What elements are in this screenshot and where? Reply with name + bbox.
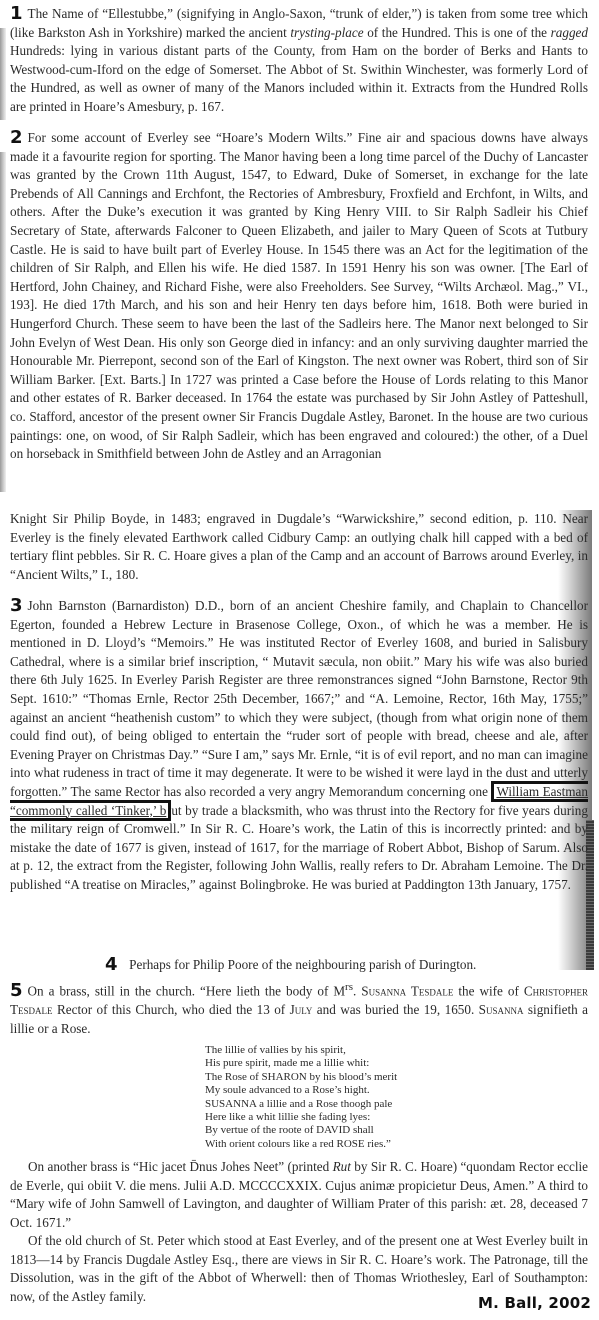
footnote-text: Hundreds: lying in various distant parts…: [10, 43, 588, 114]
small-caps-name: Susanna Tesdale: [361, 983, 453, 998]
footnote-number: 5: [10, 980, 23, 1001]
footnote-italic: ragged: [551, 25, 588, 40]
footnote-2-continuation: Knight Sir Philip Boyde, in 1483; engrav…: [10, 510, 588, 584]
footnote-number: 3: [10, 595, 23, 616]
small-caps-month: July: [290, 1002, 313, 1017]
footnote-text: Rector of this Church, who died the 13 o…: [53, 1002, 290, 1017]
footnote-number: 4: [105, 954, 118, 975]
poem-line: My soule advanced to a Rose’s hight.: [205, 1084, 397, 1097]
scan-edge-left: [0, 152, 6, 492]
footnote-text: of the Hundred. This is one of the: [364, 25, 551, 40]
footnote-text: For some account of Everley see “Hoare’s…: [10, 130, 588, 461]
footnote-1: 1The Name of “Ellestubbe,” (signifying i…: [10, 4, 588, 117]
paragraph-text: On another brass is “Hic jacet D̄nus Joh…: [28, 1159, 333, 1174]
poem-line: The lillie of vallies by his spirit,: [205, 1044, 397, 1057]
superscript: rs: [345, 981, 353, 993]
poem-line: His pure spirit, made me a lillie whit:: [205, 1057, 397, 1070]
footnote-2: 2For some account of Everley see “Hoare’…: [10, 128, 588, 464]
footnote-5: 5On a brass, still in the church. “Here …: [10, 978, 588, 1038]
footnote-text: the wife of: [453, 983, 523, 998]
footnote-number: 1: [10, 3, 23, 24]
poem-line: With orient colours like a red ROSE ries…: [205, 1138, 397, 1151]
poem-line: Here like a whit lillie she fading lyes:: [205, 1111, 397, 1124]
footnote-text: and was buried the 19, 1650.: [312, 1002, 478, 1017]
poem-line: SUSANNA a lillie and a Rose thoogh pale: [205, 1098, 397, 1111]
signature: M. Ball, 2002: [478, 1294, 591, 1312]
poem-line: By vertue of the roote of DAVID shall: [205, 1124, 397, 1137]
epitaph-poem: The lillie of vallies by his spirit, His…: [205, 1044, 397, 1151]
footnote-number: 2: [10, 127, 23, 148]
scan-edge-left: [0, 28, 6, 120]
footnote-italic: trysting-place: [290, 25, 363, 40]
document-page: 1The Name of “Ellestubbe,” (signifying i…: [0, 0, 599, 1320]
footnote-3: 3John Barnston (Barnardiston) D.D., born…: [10, 596, 588, 895]
footnote-text: On a brass, still in the church. “Here l…: [28, 983, 346, 998]
footnote-text: John Barnston (Barnardiston) D.D., born …: [10, 598, 588, 799]
small-caps-name: Susanna: [479, 1002, 524, 1017]
footnote-4: 4 Perhaps for Philip Poore of the neighb…: [105, 955, 525, 975]
paragraph-italic: Rut: [333, 1159, 351, 1174]
poem-line: The Rose of SHARON by his blood’s merit: [205, 1071, 397, 1084]
footnote-text: Perhaps for Philip Poore of the neighbou…: [129, 957, 476, 972]
paragraph-second-brass: On another brass is “Hic jacet D̄nus Joh…: [10, 1158, 588, 1232]
